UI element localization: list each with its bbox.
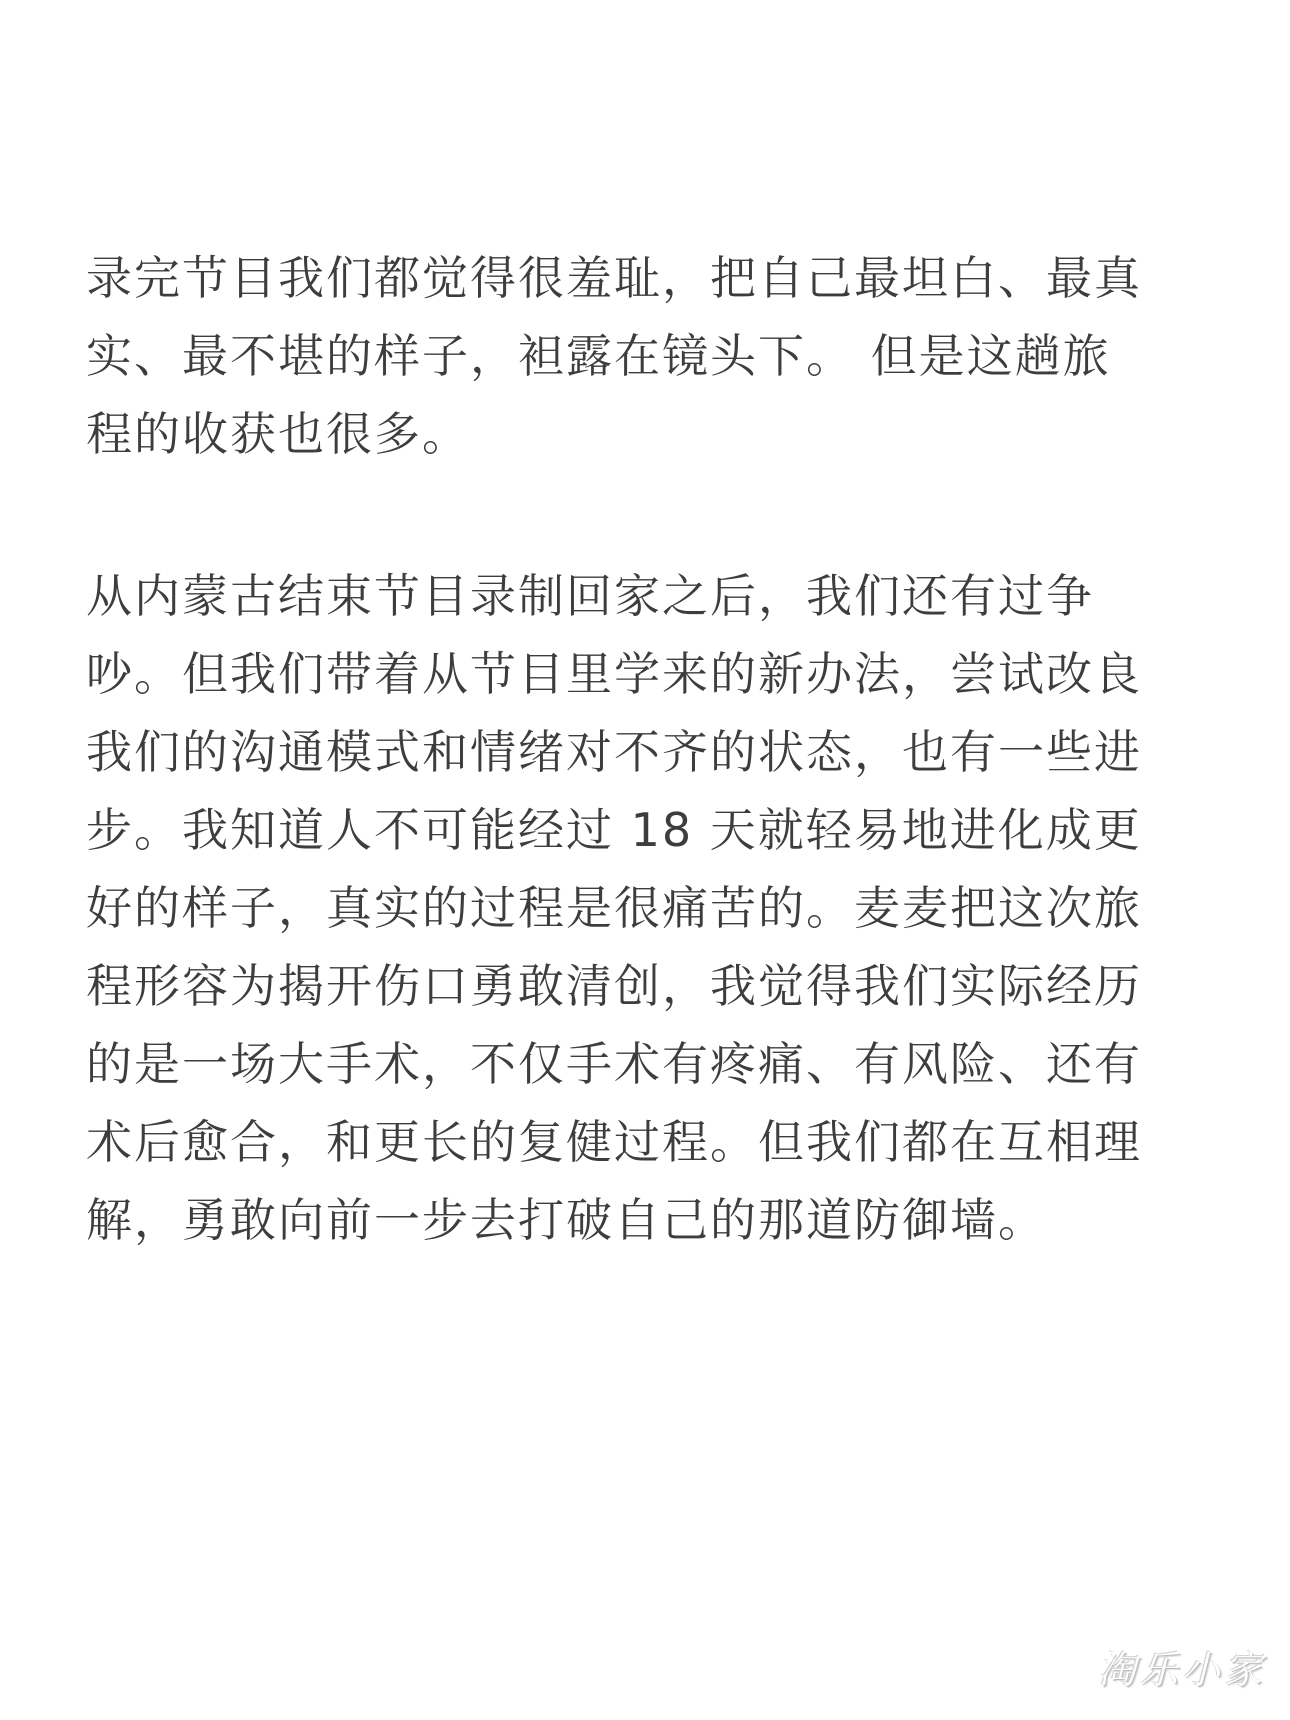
- text-line: 从内蒙古结束节目录制回家之后，我们还有过争: [86, 557, 1206, 635]
- text-line: 吵。但我们带着从节目里学来的新办法，尝试改良: [86, 635, 1206, 713]
- text-line: 步。我知道人不可能经过 18 天就轻易地进化成更: [86, 791, 1206, 869]
- text-line: 的是一场大手术，不仅手术有疼痛、有风险、还有: [86, 1025, 1206, 1103]
- paragraph-1: 录完节目我们都觉得很羞耻，把自己最坦白、最真 实、最不堪的样子，袒露在镜头下。 …: [86, 239, 1206, 473]
- article-body: 录完节目我们都觉得很羞耻，把自己最坦白、最真 实、最不堪的样子，袒露在镜头下。 …: [86, 239, 1206, 1259]
- text-line: 好的样子，真实的过程是很痛苦的。麦麦把这次旅: [86, 869, 1206, 947]
- text-line: 实、最不堪的样子，袒露在镜头下。 但是这趟旅: [86, 317, 1206, 395]
- text-line: 解，勇敢向前一步去打破自己的那道防御墙。: [86, 1181, 1206, 1259]
- text-line: 术后愈合，和更长的复健过程。但我们都在互相理: [86, 1103, 1206, 1181]
- paragraph-2: 从内蒙古结束节目录制回家之后，我们还有过争 吵。但我们带着从节目里学来的新办法，…: [86, 557, 1206, 1259]
- text-line: 录完节目我们都觉得很羞耻，把自己最坦白、最真: [86, 239, 1206, 317]
- text-line: 程的收获也很多。: [86, 395, 1206, 473]
- text-line: 我们的沟通模式和情绪对不齐的状态，也有一些进: [86, 713, 1206, 791]
- watermark: 淘乐小家: [1098, 1639, 1266, 1694]
- text-line: 程形容为揭开伤口勇敢清创，我觉得我们实际经历: [86, 947, 1206, 1025]
